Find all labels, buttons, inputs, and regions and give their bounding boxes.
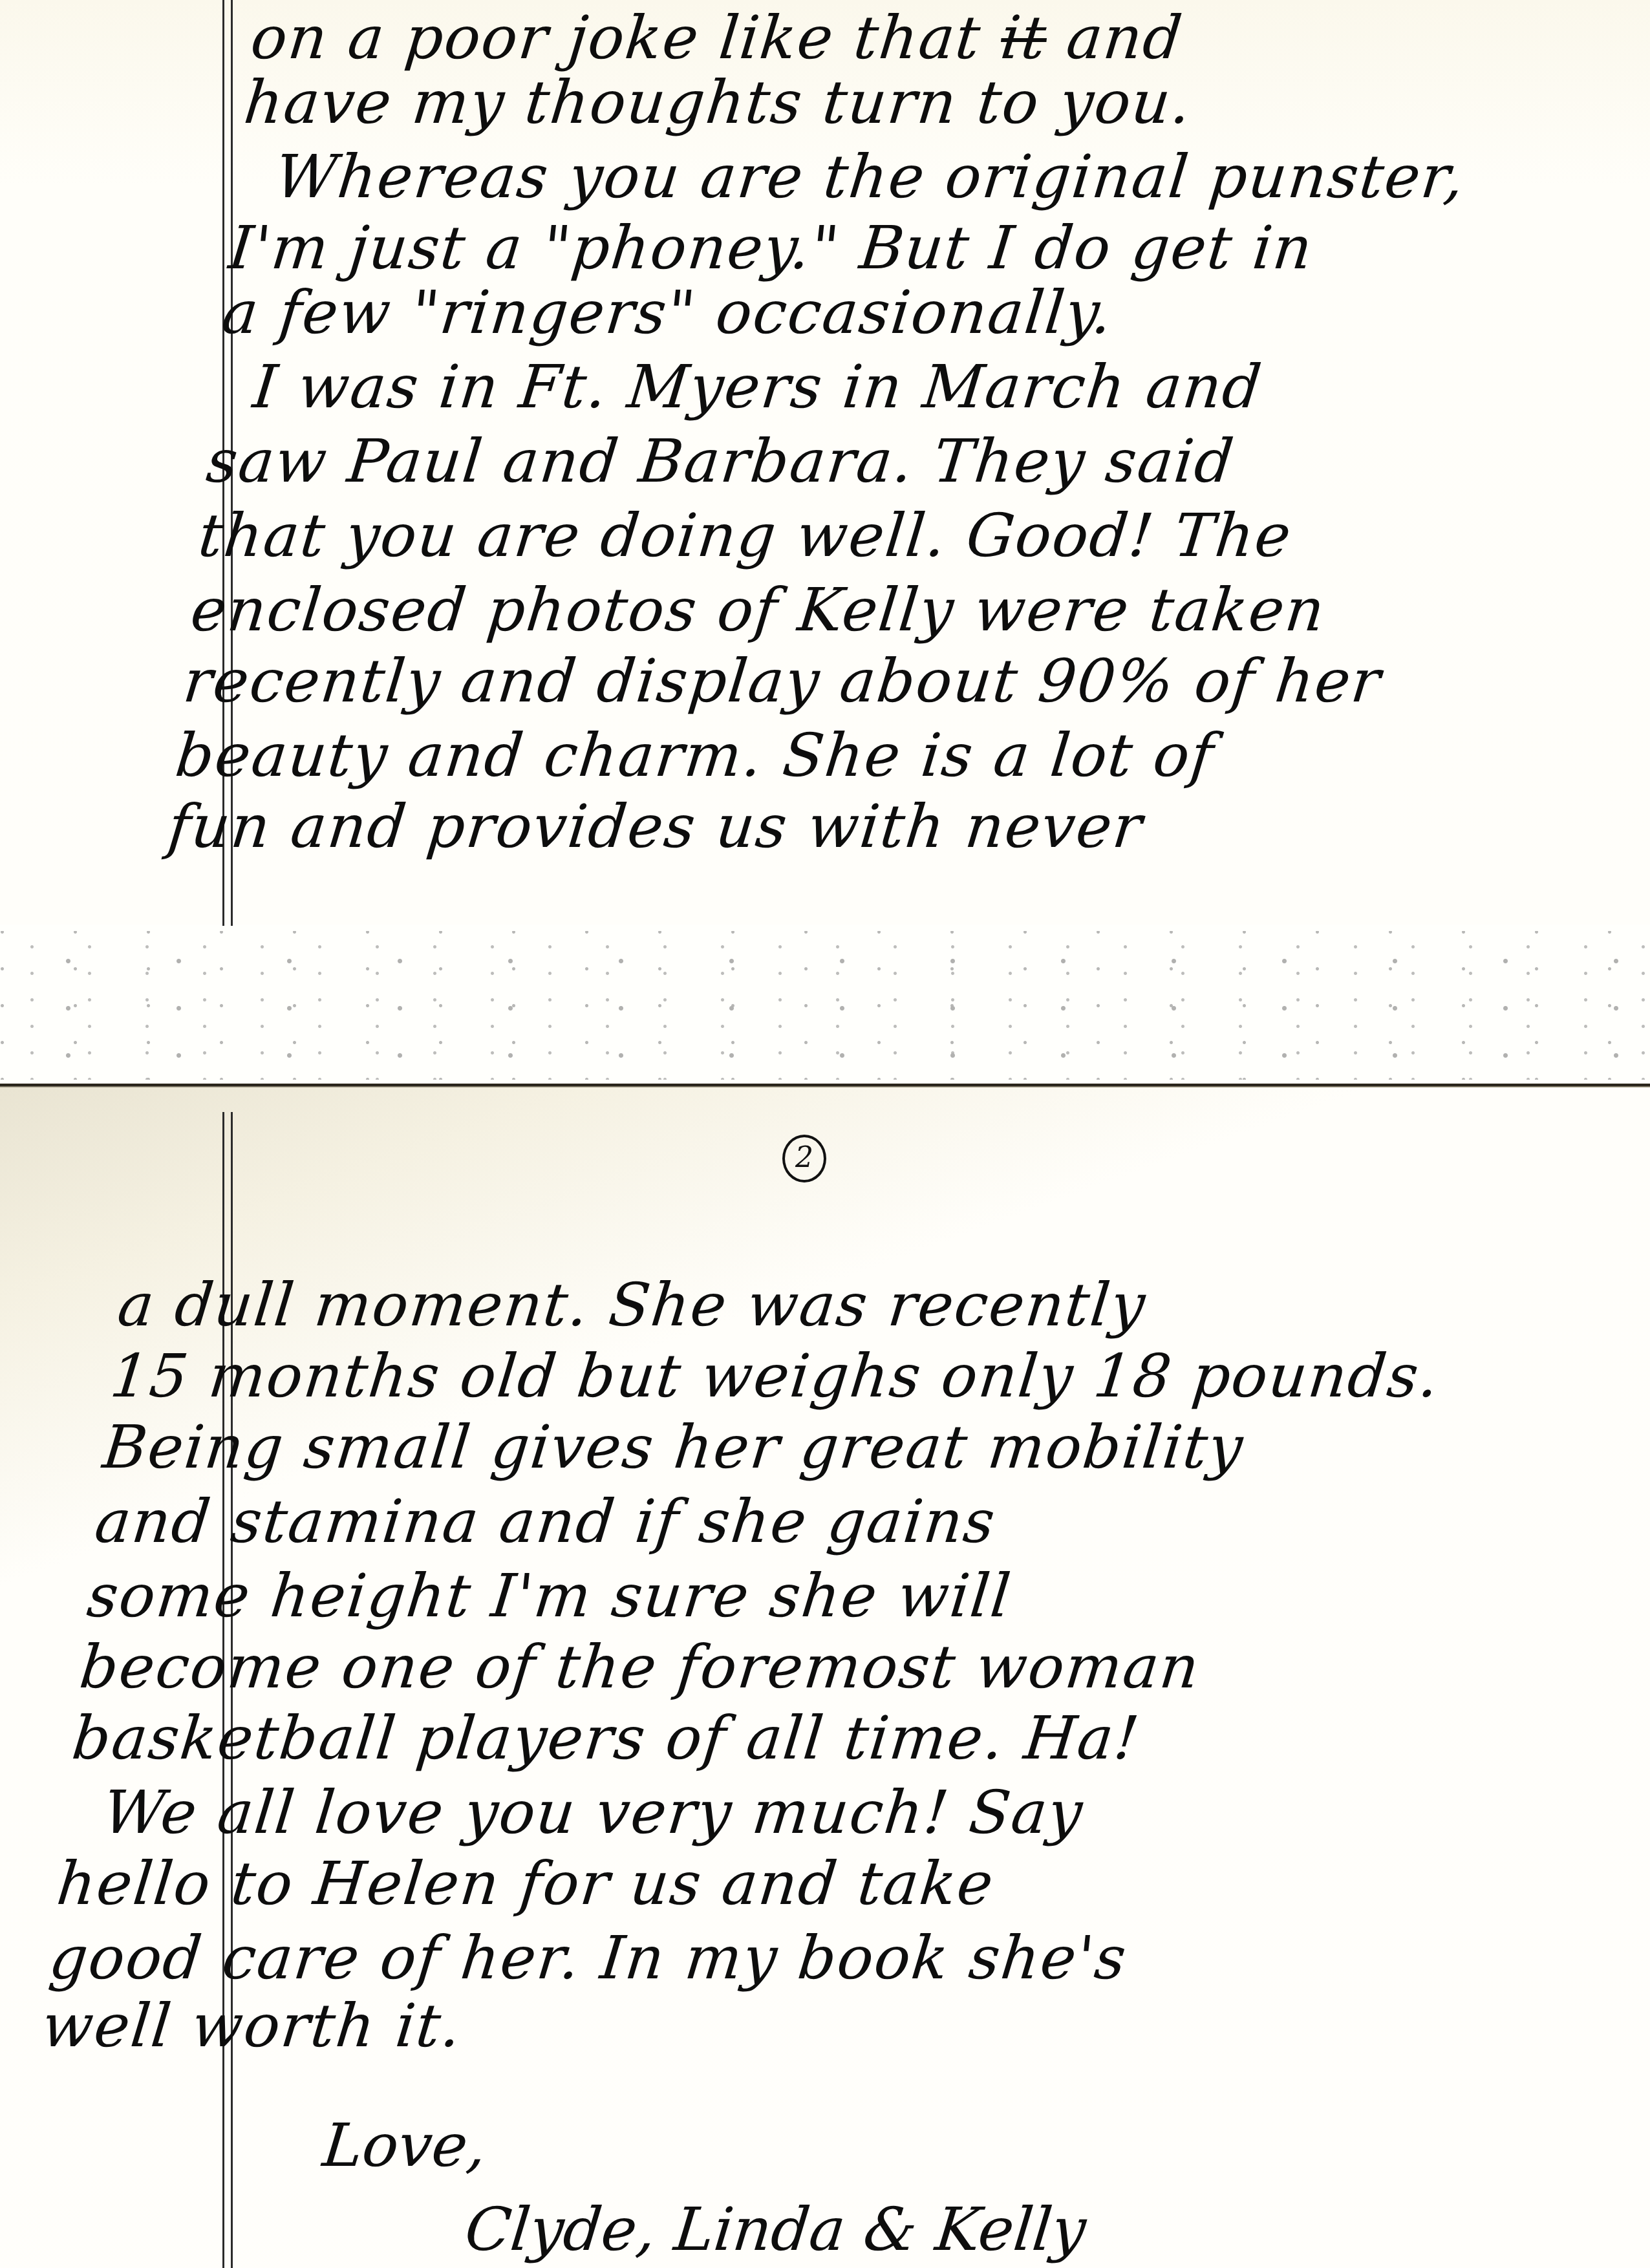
closing: Love, (319, 2111, 489, 2180)
text-line: become one of the foremost woman (76, 1632, 1203, 1702)
text-line: hello to Helen for us and take (54, 1849, 998, 1918)
text-line: I was in Ft. Myers in March and (250, 352, 1265, 422)
text-line: enclosed photos of Kelly were taken (187, 575, 1329, 645)
text-line: Being small gives her great mobility (100, 1413, 1247, 1482)
text-line: good care of her. In my book she's (46, 1923, 1130, 1993)
text-line: basketball players of all time. Ha! (69, 1704, 1143, 1773)
text-line: that you are doing well. Good! The (195, 501, 1295, 570)
text-line: I'm just a "phoney." But I do get in (226, 213, 1316, 283)
text-line: on a poor joke like that it and (248, 3, 1186, 72)
text-line: a dull moment. She was recently (114, 1270, 1150, 1340)
page-number-circle: 2 (782, 1135, 826, 1182)
text-line: and stamina and if she gains (92, 1487, 999, 1556)
text-line: beauty and charm. She is a lot of (173, 721, 1218, 790)
text-line: fun and provides us with never (165, 792, 1146, 861)
text-line: We all love you very much! Say (100, 1778, 1087, 1847)
text-line: well worth it. (39, 1991, 466, 2060)
text-line: recently and display about 90% of her (180, 647, 1385, 716)
text-line: saw Paul and Barbara. They said (203, 427, 1237, 496)
text-line: 15 months old but weighs only 18 pounds. (107, 1342, 1443, 1411)
text-line: some height I'm sure she will (84, 1561, 1015, 1631)
struck-word: it (998, 3, 1051, 72)
text-line: have my thoughts turn to you. (241, 68, 1195, 137)
text-line: Whereas you are the original punster, (272, 142, 1469, 211)
paper-specks (0, 931, 1650, 1080)
signature: Clyde, Linda & Kelly (462, 2195, 1089, 2264)
text-line: a few "ringers" occasionally. (219, 278, 1117, 347)
